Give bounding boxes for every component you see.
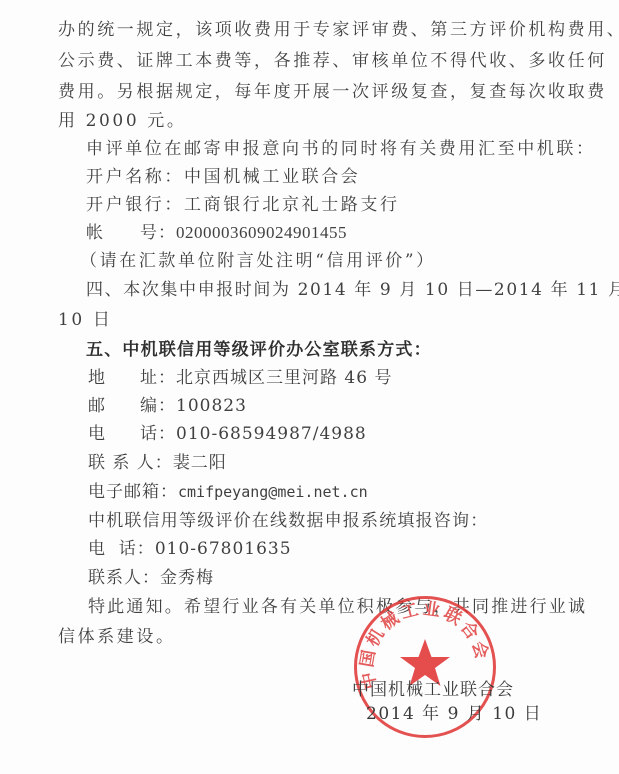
- fees-line-3: 费用。另根据规定，每年度开展一次评级复查，复查每次收取费: [58, 82, 607, 102]
- bank-value: 工商银行北京礼士路支行: [184, 195, 400, 215]
- online-contact-row: 联系人：金秀梅: [88, 568, 214, 588]
- fees-line-4: 用 2000 元。: [58, 111, 186, 131]
- online-contact-value: 金秀梅: [160, 568, 214, 588]
- section4-line-2: 10 日: [58, 310, 112, 330]
- bank-row: 开户银行：工商银行北京礼士路支行: [86, 195, 400, 215]
- phone-label-2: 话：: [140, 424, 176, 444]
- section4-line-1: 四、本次集中申报时间为 2014 年 9 月 10 日—2014 年 11 月: [86, 280, 619, 300]
- account-number-label-2: 号：: [140, 223, 176, 243]
- closing-line-1: 特此通知。希望行业各有关单位积极参与，共同推进行业诚: [88, 597, 587, 617]
- bank-label: 开户银行：: [86, 195, 184, 215]
- document-page: 办的统一规定，该项收费用于专家评审费、第三方评价机构费用、 公示费、证牌工本费等…: [0, 0, 619, 774]
- email-value: cmifpeyang@mei.net.cn: [178, 483, 368, 501]
- email-row: 电子邮箱：cmifpeyang@mei.net.cn: [88, 482, 368, 502]
- address-value: 北京西城区三里河路 46 号: [176, 368, 392, 388]
- account-name-label: 开户名称：: [86, 167, 184, 187]
- postcode-label-1: 邮: [88, 396, 140, 416]
- online-phone-value: 010-67801635: [155, 539, 292, 559]
- contact-label: 联 系 人：: [88, 453, 173, 473]
- contact-row: 联 系 人：裴二阳: [88, 453, 227, 473]
- account-number-row: 帐号：0200003609024901455: [86, 223, 347, 243]
- online-phone-row: 电 话：010-67801635: [88, 539, 292, 559]
- postcode-value: 100823: [176, 396, 247, 416]
- postcode-label-2: 编：: [140, 396, 176, 416]
- online-contact-label: 联系人：: [88, 568, 160, 588]
- address-row: 地址：北京西城区三里河路 46 号: [88, 368, 392, 388]
- remittance-note: （请在汇款单位附言处注明“信用评价”）: [80, 251, 436, 271]
- fees-line-2: 公示费、证牌工本费等，各推荐、审核单位不得代收、多收任何: [58, 51, 607, 71]
- address-label-2: 址：: [140, 368, 176, 388]
- fees-line-1: 办的统一规定，该项收费用于专家评审费、第三方评价机构费用、: [58, 20, 619, 40]
- closing-line-2: 信体系建设。: [58, 627, 176, 647]
- online-phone-label: 电 话：: [88, 539, 155, 559]
- account-number-label-1: 帐: [86, 223, 140, 243]
- account-name-value: 中国机械工业联合会: [184, 167, 360, 187]
- signature-date: 2014 年 9 月 10 日: [366, 704, 542, 724]
- address-label-1: 地: [88, 368, 140, 388]
- phone-label-1: 电: [88, 424, 140, 444]
- account-name-row: 开户名称：中国机械工业联合会: [86, 167, 360, 187]
- remittance-intro: 申评单位在邮寄申报意向书的同时将有关费用汇至中机联：: [86, 139, 596, 159]
- account-number-value: 0200003609024901455: [176, 223, 347, 242]
- phone-row: 电话：010-68594987/4988: [88, 424, 367, 444]
- online-system-line: 中机联信用等级评价在线数据申报系统填报咨询：: [88, 511, 488, 531]
- email-label: 电子邮箱：: [88, 482, 178, 502]
- signature-organization: 中国机械工业联合会: [352, 680, 514, 700]
- postcode-row: 邮编：100823: [88, 396, 247, 416]
- section5-heading: 五、中机联信用等级评价办公室联系方式：: [86, 340, 432, 360]
- contact-value: 裴二阳: [173, 453, 227, 473]
- phone-value: 010-68594987/4988: [176, 424, 367, 444]
